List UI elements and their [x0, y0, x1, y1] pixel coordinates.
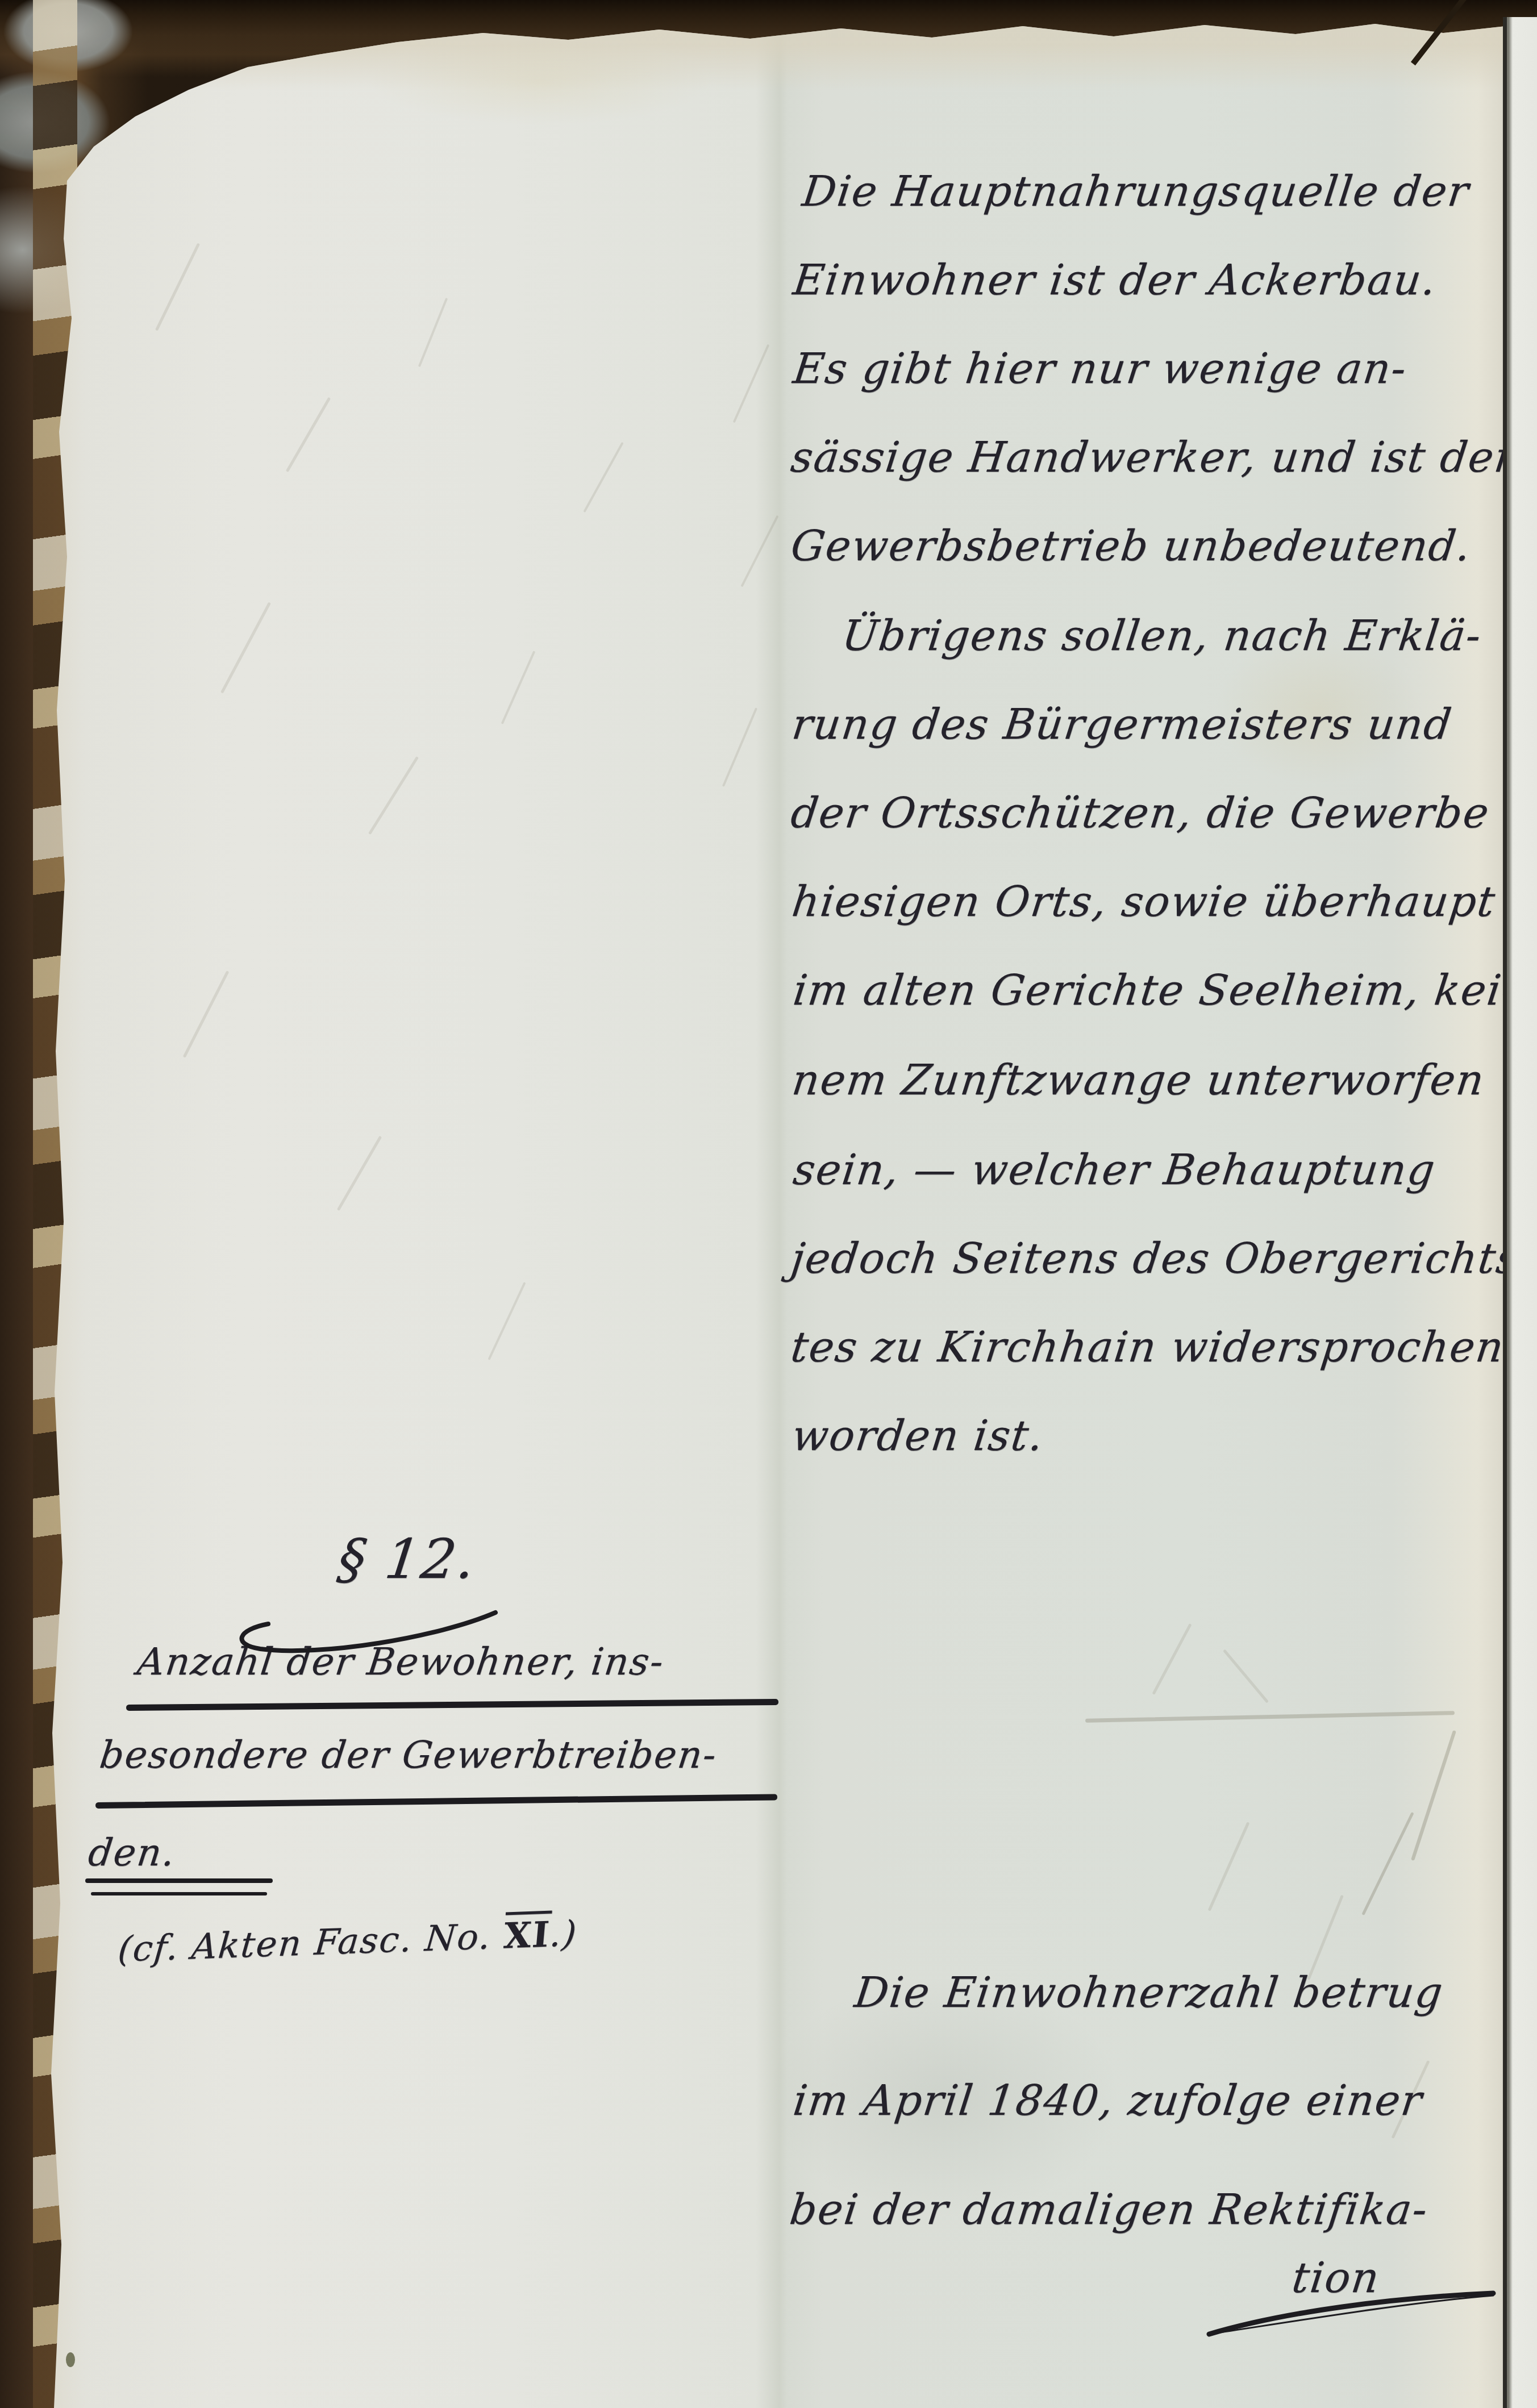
text-line: tes zu Kirchhain widersprochen: [789, 1326, 1507, 1368]
reference-suffix: .): [548, 1913, 579, 1955]
text-line: im April 1840, zufolge einer: [791, 2080, 1425, 2122]
adjacent-page-sliver: [1507, 17, 1537, 2408]
heading-line: den.: [86, 1834, 178, 1872]
text-line: Die Hauptnahrungsquelle der: [800, 170, 1472, 213]
text-line: Die Einwohnerzahl betrug: [852, 1972, 1446, 2014]
text-line: im alten Gerichte Seelheim, kei-: [791, 969, 1520, 1011]
text-line: Gewerbsbetrieb unbedeutend.: [789, 525, 1474, 567]
text-line: nem Zunftzwange unterworfen: [790, 1059, 1487, 1101]
text-line: Es gibt hier nur wenige an-: [791, 348, 1409, 390]
manuscript-page: Die Hauptnahrungsquelle der Einwohner is…: [0, 0, 1537, 2408]
text-line: sässige Handwerker, und ist der: [789, 436, 1518, 478]
heading-line: besondere der Gewerbtreiben-: [98, 1736, 719, 1774]
stain: [369, 40, 710, 125]
page-edge-line: [1503, 17, 1507, 2408]
text-line: rung des Bürgermeisters und: [790, 703, 1455, 745]
text-line: jedoch Seitens des Obergerichtsam-: [789, 1238, 1537, 1280]
ink-speck: [66, 2352, 75, 2367]
catchword: tion: [1290, 2257, 1382, 2299]
reference-numeral: XI: [502, 1914, 552, 1957]
text-line: hiesigen Orts, sowie überhaupt: [790, 881, 1498, 923]
text-line: worden ist.: [790, 1415, 1047, 1457]
text-line: Übrigens sollen, nach Erklä-: [840, 615, 1484, 657]
text-line: der Ortsschützen, die Gewerbe im: [789, 792, 1537, 834]
text-line: Einwohner ist der Ackerbau.: [791, 259, 1439, 301]
heading-line: Anzahl der Bewohner, ins-: [135, 1643, 667, 1681]
text-line: sein, — welcher Behauptung: [791, 1149, 1438, 1191]
section-mark: § 12.: [335, 1532, 479, 1586]
text-line: bei der damaligen Rektifika-: [788, 2189, 1431, 2231]
